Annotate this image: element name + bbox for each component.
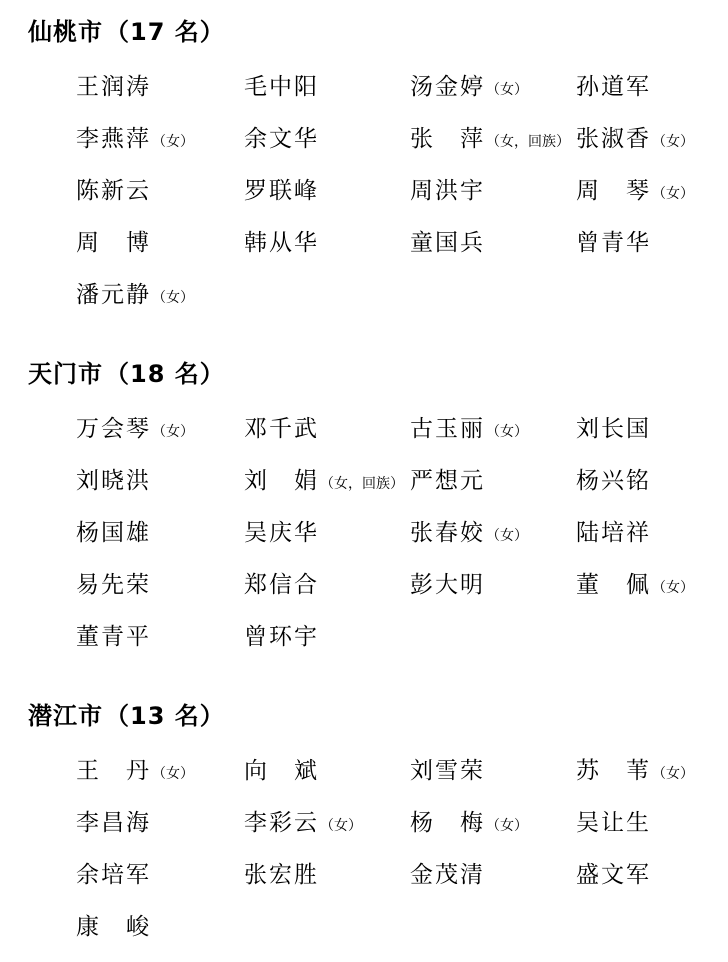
name-cell: 曾青华 — [576, 224, 728, 257]
name-cell: 余文华 — [244, 120, 410, 153]
name-cell: 盛文军 — [576, 856, 728, 889]
name-row: 万会琴（女）邓千武古玉丽（女）刘长国 — [0, 400, 728, 452]
name-row: 潘元静（女） — [0, 266, 728, 318]
name-cell: 刘 娟（女，回族） — [244, 462, 410, 495]
name-list-document: 仙桃市（17 名）王润涛毛中阳汤金婷（女）孙道军李燕萍（女）余文华张 萍（女，回… — [0, 0, 728, 950]
person-name: 韩从华 — [244, 230, 319, 256]
person-name: 董 佩 — [576, 572, 651, 598]
name-cell: 王润涛 — [76, 68, 244, 101]
person-name: 杨兴铭 — [576, 468, 651, 494]
person-name: 周 博 — [76, 230, 151, 256]
name-row: 周 博韩从华童国兵曾青华 — [0, 214, 728, 266]
person-name: 余培军 — [76, 862, 151, 888]
person-name: 罗联峰 — [244, 178, 319, 204]
member-count: （13 名） — [105, 702, 225, 730]
name-row: 李燕萍（女）余文华张 萍（女，回族）张淑香（女） — [0, 110, 728, 162]
person-name: 陈新云 — [76, 178, 151, 204]
name-row: 杨国雄吴庆华张春姣（女）陆培祥 — [0, 504, 728, 556]
person-name: 曾环宇 — [244, 624, 319, 650]
name-cell: 李昌海 — [76, 804, 244, 837]
gender-ethnicity-note: （女） — [652, 766, 694, 782]
city-name: 天门市 — [28, 360, 103, 388]
name-cell: 孙道军 — [576, 68, 728, 101]
name-cell: 邓千武 — [244, 410, 410, 443]
person-name: 郑信合 — [244, 572, 319, 598]
name-cell: 李彩云（女） — [244, 804, 410, 837]
name-cell: 康 峻 — [76, 908, 244, 941]
gender-ethnicity-note: （女） — [152, 424, 194, 440]
name-cell: 吴让生 — [576, 804, 728, 837]
person-name: 周洪宇 — [410, 178, 485, 204]
person-name: 杨国雄 — [76, 520, 151, 546]
name-cell: 曾环宇 — [244, 618, 410, 651]
gender-ethnicity-note: （女，回族） — [486, 134, 570, 150]
name-cell: 董青平 — [76, 618, 244, 651]
names-grid: 王 丹（女）向 斌刘雪荣苏 苇（女）李昌海李彩云（女）杨 梅（女）吴让生余培军张… — [0, 742, 728, 950]
name-row: 易先荣郑信合彭大明董 佩（女） — [0, 556, 728, 608]
name-row: 康 峻 — [0, 898, 728, 950]
person-name: 王润涛 — [76, 74, 151, 100]
name-cell: 张 萍（女，回族） — [410, 120, 576, 153]
gender-ethnicity-note: （女） — [152, 766, 194, 782]
name-cell: 潘元静（女） — [76, 276, 244, 309]
name-cell: 余培军 — [76, 856, 244, 889]
name-cell: 董 佩（女） — [576, 566, 728, 599]
person-name: 邓千武 — [244, 416, 319, 442]
person-name: 张宏胜 — [244, 862, 319, 888]
gender-ethnicity-note: （女） — [486, 528, 528, 544]
name-cell: 金茂清 — [410, 856, 576, 889]
gender-ethnicity-note: （女，回族） — [320, 476, 404, 492]
name-cell: 汤金婷（女） — [410, 68, 576, 101]
name-cell: 杨兴铭 — [576, 462, 728, 495]
name-row: 王 丹（女）向 斌刘雪荣苏 苇（女） — [0, 742, 728, 794]
names-grid: 万会琴（女）邓千武古玉丽（女）刘长国刘晓洪刘 娟（女，回族）严想元杨兴铭杨国雄吴… — [0, 400, 728, 660]
person-name: 刘晓洪 — [76, 468, 151, 494]
gender-ethnicity-note: （女） — [486, 424, 528, 440]
person-name: 刘 娟 — [244, 468, 319, 494]
name-row: 余培军张宏胜金茂清盛文军 — [0, 846, 728, 898]
city-name: 潜江市 — [28, 702, 103, 730]
person-name: 周 琴 — [576, 178, 651, 204]
name-cell: 童国兵 — [410, 224, 576, 257]
person-name: 刘长国 — [576, 416, 651, 442]
person-name: 陆培祥 — [576, 520, 651, 546]
name-cell: 吴庆华 — [244, 514, 410, 547]
section-header: 仙桃市（17 名） — [28, 14, 728, 50]
name-cell: 严想元 — [410, 462, 576, 495]
name-cell: 万会琴（女） — [76, 410, 244, 443]
person-name: 康 峻 — [76, 914, 151, 940]
person-name: 万会琴 — [76, 416, 151, 442]
name-cell: 周 博 — [76, 224, 244, 257]
city-section: 天门市（18 名）万会琴（女）邓千武古玉丽（女）刘长国刘晓洪刘 娟（女，回族）严… — [0, 356, 728, 660]
city-name: 仙桃市 — [28, 18, 103, 46]
name-row: 刘晓洪刘 娟（女，回族）严想元杨兴铭 — [0, 452, 728, 504]
name-cell: 韩从华 — [244, 224, 410, 257]
person-name: 古玉丽 — [410, 416, 485, 442]
name-cell: 刘长国 — [576, 410, 728, 443]
person-name: 李彩云 — [244, 810, 319, 836]
person-name: 毛中阳 — [244, 74, 319, 100]
section-header: 天门市（18 名） — [28, 356, 728, 392]
name-cell: 毛中阳 — [244, 68, 410, 101]
name-cell: 刘雪荣 — [410, 752, 576, 785]
person-name: 刘雪荣 — [410, 758, 485, 784]
person-name: 李燕萍 — [76, 126, 151, 152]
name-cell: 王 丹（女） — [76, 752, 244, 785]
name-cell: 刘晓洪 — [76, 462, 244, 495]
person-name: 严想元 — [410, 468, 485, 494]
person-name: 张淑香 — [576, 126, 651, 152]
person-name: 孙道军 — [576, 74, 651, 100]
name-cell: 陈新云 — [76, 172, 244, 205]
member-count: （17 名） — [105, 18, 225, 46]
name-cell: 张宏胜 — [244, 856, 410, 889]
name-cell: 向 斌 — [244, 752, 410, 785]
name-cell: 张淑香（女） — [576, 120, 728, 153]
member-count: （18 名） — [105, 360, 225, 388]
name-row: 陈新云罗联峰周洪宇周 琴（女） — [0, 162, 728, 214]
name-cell: 杨 梅（女） — [410, 804, 576, 837]
person-name: 易先荣 — [76, 572, 151, 598]
person-name: 盛文军 — [576, 862, 651, 888]
person-name: 潘元静 — [76, 282, 151, 308]
person-name: 苏 苇 — [576, 758, 651, 784]
name-cell: 易先荣 — [76, 566, 244, 599]
gender-ethnicity-note: （女） — [652, 134, 694, 150]
name-cell: 周 琴（女） — [576, 172, 728, 205]
person-name: 王 丹 — [76, 758, 151, 784]
name-cell: 彭大明 — [410, 566, 576, 599]
person-name: 张春姣 — [410, 520, 485, 546]
name-cell: 苏 苇（女） — [576, 752, 728, 785]
person-name: 彭大明 — [410, 572, 485, 598]
person-name: 童国兵 — [410, 230, 485, 256]
name-cell: 杨国雄 — [76, 514, 244, 547]
gender-ethnicity-note: （女） — [652, 186, 694, 202]
person-name: 董青平 — [76, 624, 151, 650]
person-name: 李昌海 — [76, 810, 151, 836]
gender-ethnicity-note: （女） — [152, 290, 194, 306]
person-name: 杨 梅 — [410, 810, 485, 836]
name-cell: 郑信合 — [244, 566, 410, 599]
person-name: 向 斌 — [244, 758, 319, 784]
name-cell: 陆培祥 — [576, 514, 728, 547]
section-header: 潜江市（13 名） — [28, 698, 728, 734]
person-name: 曾青华 — [576, 230, 651, 256]
city-section: 潜江市（13 名）王 丹（女）向 斌刘雪荣苏 苇（女）李昌海李彩云（女）杨 梅（… — [0, 698, 728, 950]
person-name: 余文华 — [244, 126, 319, 152]
name-cell: 罗联峰 — [244, 172, 410, 205]
city-section: 仙桃市（17 名）王润涛毛中阳汤金婷（女）孙道军李燕萍（女）余文华张 萍（女，回… — [0, 14, 728, 318]
person-name: 张 萍 — [410, 126, 485, 152]
name-row: 李昌海李彩云（女）杨 梅（女）吴让生 — [0, 794, 728, 846]
gender-ethnicity-note: （女） — [152, 134, 194, 150]
name-cell: 张春姣（女） — [410, 514, 576, 547]
gender-ethnicity-note: （女） — [486, 82, 528, 98]
person-name: 金茂清 — [410, 862, 485, 888]
gender-ethnicity-note: （女） — [652, 580, 694, 596]
name-cell: 古玉丽（女） — [410, 410, 576, 443]
person-name: 吴让生 — [576, 810, 651, 836]
names-grid: 王润涛毛中阳汤金婷（女）孙道军李燕萍（女）余文华张 萍（女，回族）张淑香（女）陈… — [0, 58, 728, 318]
person-name: 吴庆华 — [244, 520, 319, 546]
name-row: 董青平曾环宇 — [0, 608, 728, 660]
person-name: 汤金婷 — [410, 74, 485, 100]
gender-ethnicity-note: （女） — [320, 818, 362, 834]
name-row: 王润涛毛中阳汤金婷（女）孙道军 — [0, 58, 728, 110]
gender-ethnicity-note: （女） — [486, 818, 528, 834]
name-cell: 周洪宇 — [410, 172, 576, 205]
name-cell: 李燕萍（女） — [76, 120, 244, 153]
